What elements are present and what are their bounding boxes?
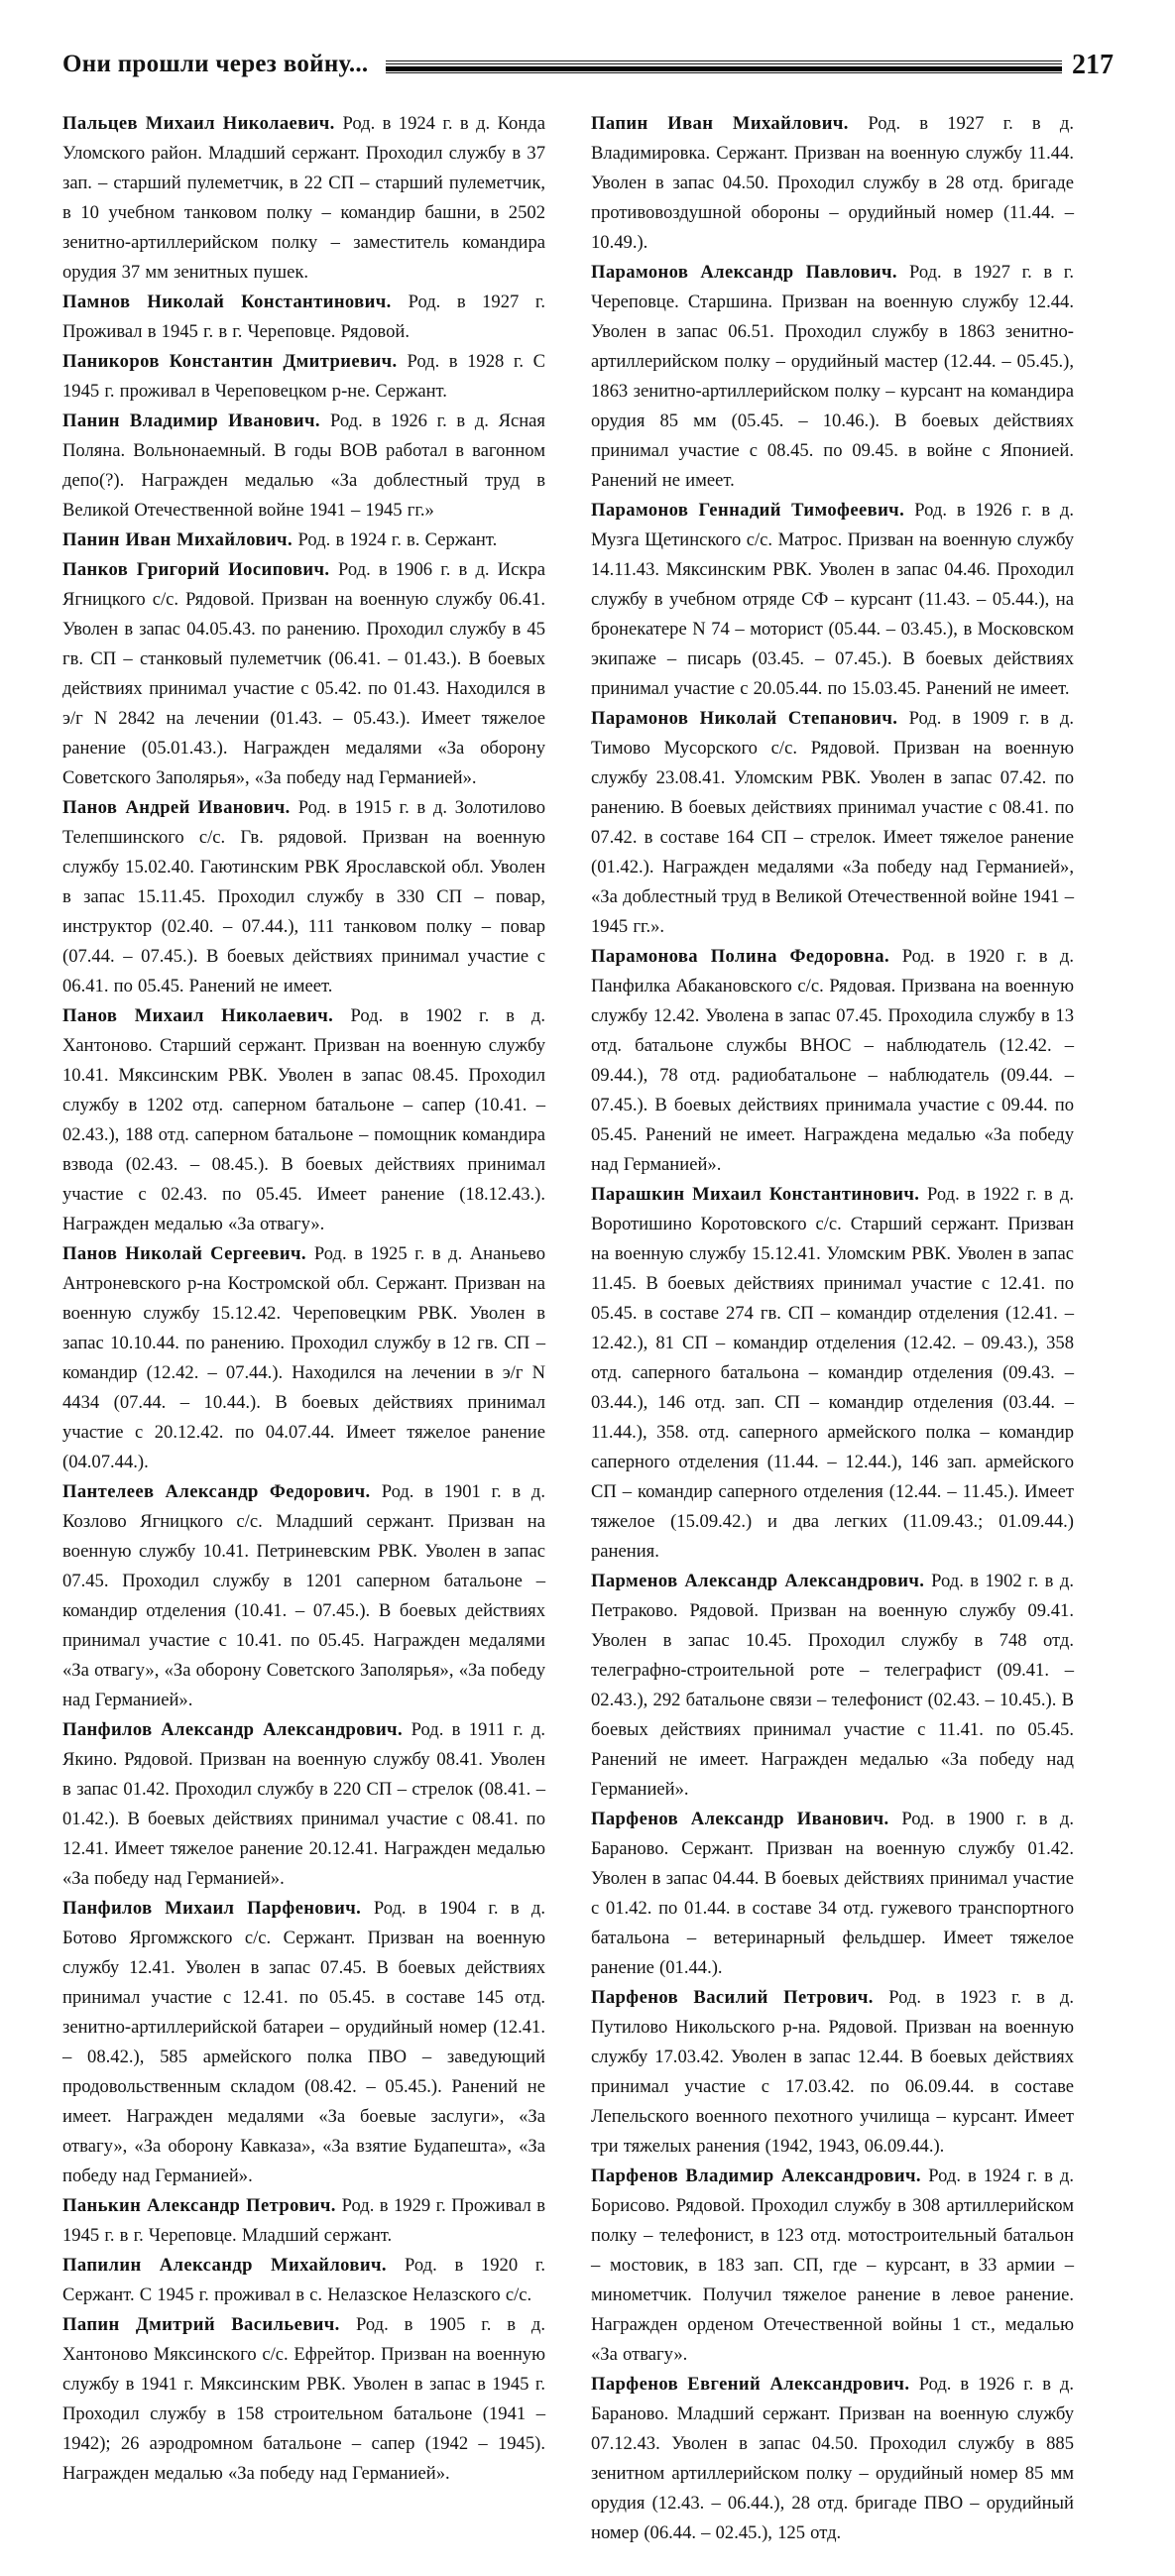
biography-entry: Парфенов Александр Иванович. Род. в 1900…: [591, 1805, 1074, 1983]
veteran-name: Парашкин Михаил Константинович.: [591, 1184, 927, 1205]
biography-entry: Папин Дмитрий Васильевич. Род. в 1905 г.…: [62, 2310, 545, 2489]
veteran-name: Панов Николай Сергеевич.: [62, 1243, 314, 1264]
biography-entry: Пальцев Михаил Николаевич. Род. в 1924 г…: [62, 109, 545, 288]
biography-entry: Парамонов Николай Степанович. Род. в 190…: [591, 704, 1074, 942]
biography-entry: Папин Иван Михайлович. Род. в 1927 г. в …: [591, 109, 1074, 258]
biography-entry: Парфенов Евгений Александрович. Род. в 1…: [591, 2370, 1074, 2548]
decorative-rule: [386, 59, 1062, 74]
veteran-name: Пантелеев Александр Федорович.: [62, 1481, 382, 1502]
left-column: Пальцев Михаил Николаевич. Род. в 1924 г…: [62, 109, 545, 2489]
entry-text: Род. в 1902 г. в д. Хантоново. Старший с…: [62, 1005, 545, 1234]
veteran-name: Парамонов Александр Павлович.: [591, 262, 909, 283]
entry-text: Род. в 1902 г. в д. Петраково. Рядовой. …: [591, 1571, 1074, 1800]
biography-entry: Панин Иван Михайлович. Род. в 1924 г. в.…: [62, 526, 545, 555]
veteran-name: Памнов Николай Константинович.: [62, 292, 409, 312]
biography-entry: Панов Николай Сергеевич. Род. в 1925 г. …: [62, 1239, 545, 1477]
entry-text: Род. в 1924 г. в д. Борисово. Рядовой. П…: [591, 2166, 1074, 2365]
biography-entry: Панькин Александр Петрович. Род. в 1929 …: [62, 2191, 545, 2251]
veteran-name: Панфилов Александр Александрович.: [62, 1719, 411, 1740]
veteran-name: Парменов Александр Александрович.: [591, 1571, 931, 1591]
right-column: Папин Иван Михайлович. Род. в 1927 г. в …: [591, 109, 1074, 2548]
biography-entry: Панков Григорий Иосипович. Род. в 1906 г…: [62, 555, 545, 793]
entry-text: Род. в 1901 г. в д. Козлово Ягницкого с/…: [62, 1481, 545, 1710]
page-header: Они прошли через войну... 217: [62, 50, 1114, 79]
running-title: Они прошли через войну...: [62, 51, 368, 78]
veteran-name: Парфенов Александр Иванович.: [591, 1809, 901, 1829]
biography-entry: Панфилов Александр Александрович. Род. в…: [62, 1715, 545, 1894]
veteran-name: Парфенов Владимир Александрович.: [591, 2166, 928, 2186]
entry-text: Род. в 1923 г. в д. Путилово Никольского…: [591, 1987, 1074, 2157]
biography-entry: Панов Андрей Иванович. Род. в 1915 г. в …: [62, 793, 545, 1001]
veteran-name: Пальцев Михаил Николаевич.: [62, 113, 342, 134]
veteran-name: Папин Иван Михайлович.: [591, 113, 868, 134]
entry-text: Род. в 1911 г. д. Якино. Рядовой. Призва…: [62, 1719, 545, 1889]
biography-entry: Панфилов Михаил Парфенович. Род. в 1904 …: [62, 1894, 545, 2191]
biography-entry: Парфенов Василий Петрович. Род. в 1923 г…: [591, 1983, 1074, 2162]
veteran-name: Парамонова Полина Федоровна.: [591, 946, 902, 967]
biography-entry: Парамонова Полина Федоровна. Род. в 1920…: [591, 942, 1074, 1180]
veteran-name: Панькин Александр Петрович.: [62, 2195, 342, 2216]
biography-entry: Памнов Николай Константинович. Род. в 19…: [62, 288, 545, 347]
veteran-name: Папин Дмитрий Васильевич.: [62, 2314, 356, 2335]
veteran-name: Парамонов Геннадий Тимофеевич.: [591, 500, 914, 521]
veteran-name: Панов Михаил Николаевич.: [62, 1005, 351, 1026]
entry-text: Род. в 1904 г. в д. Ботово Яргомжского с…: [62, 1898, 545, 2186]
biography-entry: Парфенов Владимир Александрович. Род. в …: [591, 2162, 1074, 2370]
entry-text: Род. в 1925 г. в д. Ананьево Антроневско…: [62, 1243, 545, 1472]
biography-entry: Пантелеев Александр Федорович. Род. в 19…: [62, 1477, 545, 1715]
veteran-name: Панков Григорий Иосипович.: [62, 559, 338, 580]
entry-text: Род. в 1924 г. в. Сержант.: [298, 529, 498, 550]
page-number: 217: [1072, 52, 1114, 79]
biography-entry: Парменов Александр Александрович. Род. в…: [591, 1567, 1074, 1805]
entry-text: Род. в 1905 г. в д. Хантоново Мяксинског…: [62, 2314, 545, 2484]
entry-text: Род. в 1926 г. в д. Бараново. Младший се…: [591, 2374, 1074, 2543]
biography-entry: Панов Михаил Николаевич. Род. в 1902 г. …: [62, 1001, 545, 1239]
entry-text: Род. в 1909 г. в д. Тимово Мусорского с/…: [591, 708, 1074, 937]
veteran-name: Парфенов Василий Петрович.: [591, 1987, 888, 2008]
book-page: Они прошли через войну... 217 Пальцев Ми…: [0, 0, 1175, 2576]
veteran-name: Панов Андрей Иванович.: [62, 797, 298, 818]
veteran-name: Парамонов Николай Степанович.: [591, 708, 909, 729]
veteran-name: Паникоров Константин Дмитриевич.: [62, 351, 408, 372]
entry-text: Род. в 1915 г. в д. Золотилово Телепшинс…: [62, 797, 545, 996]
biography-entry: Парамонов Александр Павлович. Род. в 192…: [591, 258, 1074, 496]
text-columns: Пальцев Михаил Николаевич. Род. в 1924 г…: [62, 109, 1114, 2548]
biography-entry: Панин Владимир Иванович. Род. в 1926 г. …: [62, 407, 545, 526]
biography-entry: Паникоров Константин Дмитриевич. Род. в …: [62, 347, 545, 407]
biography-entry: Папилин Александр Михайлович. Род. в 192…: [62, 2251, 545, 2310]
veteran-name: Парфенов Евгений Александрович.: [591, 2374, 919, 2395]
veteran-name: Панин Владимир Иванович.: [62, 410, 330, 431]
entry-text: Род. в 1926 г. в д. Музга Щетинского с/с…: [591, 500, 1074, 699]
entry-text: Род. в 1924 г. в д. Конда Уломского райо…: [62, 113, 545, 283]
biography-entry: Парашкин Михаил Константинович. Род. в 1…: [591, 1180, 1074, 1567]
entry-text: Род. в 1920 г. в д. Панфилка Абакановско…: [591, 946, 1074, 1175]
veteran-name: Панфилов Михаил Парфенович.: [62, 1898, 374, 1919]
biography-entry: Парамонов Геннадий Тимофеевич. Род. в 19…: [591, 496, 1074, 704]
veteran-name: Панин Иван Михайлович.: [62, 529, 298, 550]
entry-text: Род. в 1922 г. в д. Воротишино Коротовск…: [591, 1184, 1074, 1562]
entry-text: Род. в 1906 г. в д. Искра Ягницкого с/с.…: [62, 559, 545, 788]
entry-text: Род. в 1927 г. в г. Череповце. Старшина.…: [591, 262, 1074, 491]
entry-text: Род. в 1900 г. в д. Бараново. Сержант. П…: [591, 1809, 1074, 1978]
veteran-name: Папилин Александр Михайлович.: [62, 2255, 405, 2276]
entry-text: Род. в 1927 г. в д. Владимировка. Сержан…: [591, 113, 1074, 253]
